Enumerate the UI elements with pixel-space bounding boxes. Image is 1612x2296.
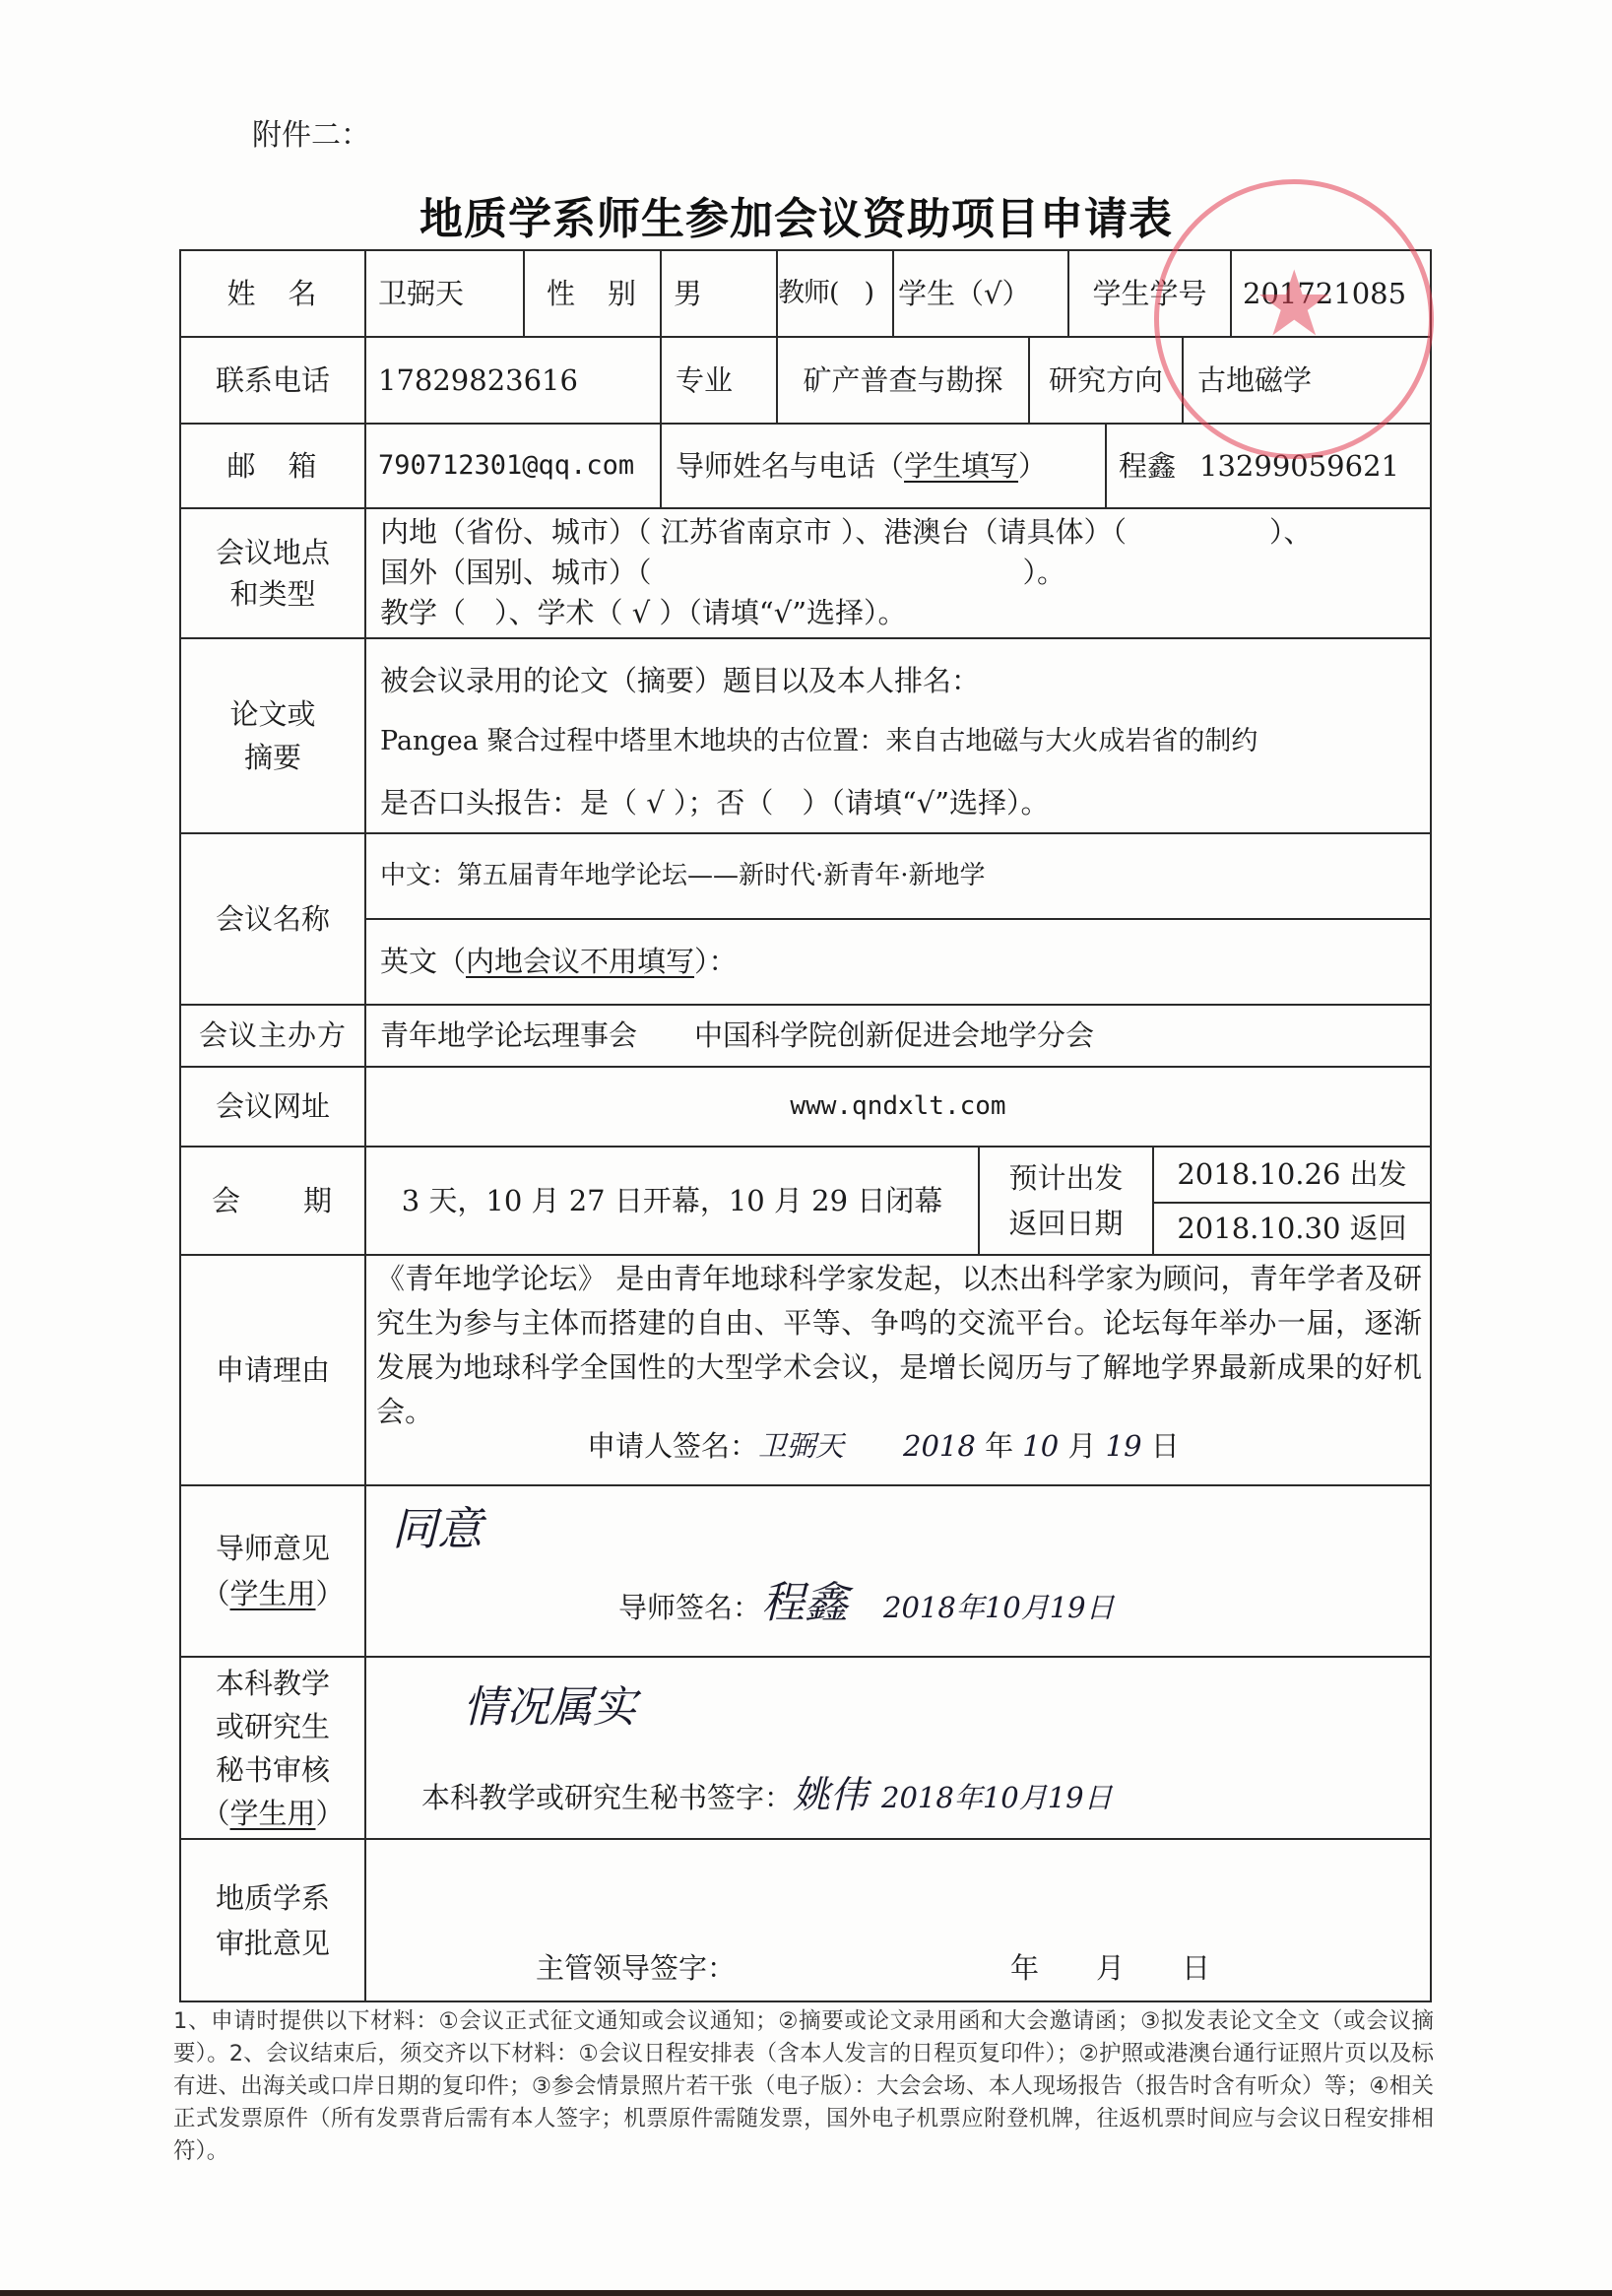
research-value[interactable]: 古地磁学 — [1197, 338, 1430, 423]
scan-edge — [0, 2290, 1612, 2296]
website-value[interactable]: www.qndxlt.com — [366, 1068, 1430, 1146]
divider — [660, 249, 662, 509]
leader-sign-date[interactable]: 年 月 日 — [1010, 1946, 1210, 1990]
divider — [179, 2001, 1432, 2002]
location-content: 内地（省份、城市）（ 江苏省南京市 ）、港澳台（请具体）（ ）、 国外（国别、城… — [380, 512, 1424, 633]
secretary-label-line1: 本科教学 — [216, 1662, 330, 1705]
conference-type[interactable]: 教学（ ）、学术（ √ ）（请填“√”选择）。 — [380, 593, 1424, 633]
location-label-line1: 会议地点 — [216, 532, 330, 573]
year-unit: 年 — [985, 1429, 1013, 1463]
paren-open: （ — [201, 1577, 229, 1610]
advisor-label-suffix: ） — [1018, 449, 1047, 484]
applicant-signature[interactable]: 卫弼天 — [758, 1429, 844, 1463]
student-id-label: 学生学号 — [1069, 251, 1230, 336]
paper-title[interactable]: Pangea 聚合过程中塔里木地块的古位置：来自古地磁与大火成岩省的制约 — [380, 711, 1424, 772]
travel-label-line1: 预计出发 — [1008, 1155, 1123, 1201]
advisor-signature[interactable]: 程鑫 — [761, 1578, 848, 1628]
teacher-checkbox[interactable]: 教师( ) — [778, 251, 892, 336]
dates-label: 会 期 — [181, 1148, 364, 1254]
advisor-label: 导师姓名与电话（学生填写） — [676, 425, 1105, 507]
conference-name-chinese[interactable]: 中文：第五届青年地学论坛——新时代·新青年·新地学 — [380, 834, 1424, 918]
divider — [1230, 249, 1232, 336]
student-use-note: 学生用 — [229, 1577, 315, 1610]
travel-label-line2: 返回日期 — [1008, 1201, 1123, 1246]
paper-prompt: 被会议录用的论文（摘要）题目以及本人排名： — [380, 650, 1424, 711]
paper-content: 被会议录用的论文（摘要）题目以及本人排名： Pangea 聚合过程中塔里木地块的… — [380, 650, 1424, 833]
research-label: 研究方向 — [1030, 338, 1182, 423]
paren-close: ） — [316, 1577, 345, 1610]
advisor-opinion-label: 导师意见 （学生用） — [181, 1486, 364, 1656]
email-value[interactable]: 790712301@qq.com — [378, 425, 660, 507]
attachment-label: 附件二： — [252, 110, 370, 154]
paper-label-line2: 摘要 — [244, 736, 301, 779]
advisor-label-prefix: 导师姓名与电话（ — [676, 449, 904, 484]
major-value[interactable]: 矿产普查与勘探 — [778, 338, 1028, 423]
department-label-line2: 审批意见 — [216, 1921, 330, 1966]
applicant-date-day[interactable]: 19 — [1106, 1429, 1142, 1463]
paper-label: 论文或 摘要 — [181, 639, 364, 832]
secretary-label-line3: 秘书审核 — [216, 1748, 330, 1792]
advisor-opinion-label-line1: 导师意见 — [216, 1526, 330, 1571]
applicant-signature-label: 申请人签名： — [587, 1429, 758, 1463]
english-suffix: ）： — [694, 945, 738, 979]
english-prefix: 英文（ — [380, 945, 466, 979]
oral-report-choice[interactable]: 是否口头报告：是（ √ ）；否（ ）（请填“√”选择）。 — [380, 772, 1424, 833]
paper-label-line1: 论文或 — [229, 692, 315, 736]
return-date[interactable]: 2018.10.30 返回 — [1154, 1204, 1430, 1254]
divider — [179, 1656, 1432, 1658]
reason-text[interactable]: 《青年地学论坛》 是由青年地球科学家发起，以杰出科学家为顾问，青年学者及研究生为… — [376, 1257, 1422, 1434]
advisor-opinion-text[interactable]: 同意 — [392, 1507, 483, 1550]
day-unit: 日 — [1151, 1429, 1180, 1463]
location-label: 会议地点 和类型 — [181, 509, 364, 637]
travel-dates-label: 预计出发 返回日期 — [980, 1148, 1152, 1254]
advisor-label-underlined: 学生填写 — [904, 449, 1018, 484]
location-label-line2: 和类型 — [229, 573, 315, 615]
student-id-value[interactable]: 201721085 — [1243, 251, 1430, 336]
department-label-line1: 地质学系 — [216, 1875, 330, 1921]
applicant-date-year[interactable]: 2018 — [903, 1429, 976, 1463]
divider — [179, 1484, 1432, 1486]
divider — [1430, 249, 1432, 2002]
gender-label: 性 别 — [525, 251, 660, 336]
name-value[interactable]: 卫弼天 — [378, 251, 523, 336]
student-use-note: 学生用 — [229, 1797, 315, 1830]
secretary-opinion-text[interactable]: 情况属实 — [463, 1686, 636, 1730]
major-label: 专业 — [676, 338, 776, 423]
email-label: 邮 箱 — [181, 425, 364, 507]
divider — [1182, 336, 1184, 423]
divider — [892, 249, 894, 336]
advisor-contact: 程鑫 13299059621 — [1119, 425, 1430, 507]
organizer-label: 会议主办方 — [181, 1006, 364, 1066]
department-approval-label: 地质学系 审批意见 — [181, 1840, 364, 2001]
page-title: 地质学系师生参加会议资助项目申请表 — [0, 183, 1612, 246]
gender-value[interactable]: 男 — [674, 251, 776, 336]
paren-open: （ — [201, 1797, 229, 1830]
advisor-signature-line: 导师签名：程鑫2018年10月19日 — [618, 1582, 1115, 1629]
depart-date[interactable]: 2018.10.26 出发 — [1154, 1148, 1430, 1202]
applicant-date-month[interactable]: 10 — [1022, 1429, 1059, 1463]
paren-close: ） — [316, 1797, 345, 1830]
conference-name-english[interactable]: 英文（内地会议不用填写）： — [380, 920, 1424, 1004]
english-underlined-note: 内地会议不用填写 — [466, 945, 694, 979]
secretary-signature-label: 本科教学或研究生秘书签字： — [421, 1781, 793, 1814]
location-domestic[interactable]: 内地（省份、城市）（ 江苏省南京市 ）、港澳台（请具体）（ ）、 — [380, 512, 1424, 553]
student-checkbox[interactable]: 学生（√） — [898, 251, 1067, 336]
applicant-signature-line: 申请人签名：卫弼天2018 年 10 月 19 日 — [587, 1424, 1375, 1468]
advisor-phone[interactable]: 13299059621 — [1199, 449, 1399, 484]
secretary-sign-date[interactable]: 2018年10月19日 — [881, 1781, 1113, 1814]
divider — [179, 507, 1432, 509]
location-abroad[interactable]: 国外（国别、城市）（ ）。 — [380, 553, 1424, 593]
organizer-value[interactable]: 青年地学论坛理事会 中国科学院创新促进会地学分会 — [380, 1006, 1424, 1066]
advisor-signature-label: 导师签名： — [618, 1591, 761, 1624]
phone-label: 联系电话 — [181, 338, 364, 423]
name-label: 姓 名 — [181, 251, 364, 336]
conference-duration[interactable]: 3 天，10 月 27 日开幕，10 月 29 日闭幕 — [366, 1148, 978, 1254]
secretary-review-label: 本科教学 或研究生 秘书审核 （学生用） — [181, 1658, 364, 1838]
divider — [179, 1838, 1432, 1840]
phone-value[interactable]: 17829823616 — [378, 338, 660, 423]
divider — [179, 637, 1432, 639]
advisor-name[interactable]: 程鑫 — [1119, 449, 1176, 484]
conference-name-label: 会议名称 — [181, 834, 364, 1004]
divider — [1105, 423, 1107, 507]
advisor-sign-date[interactable]: 2018年10月19日 — [883, 1591, 1115, 1624]
secretary-label-line4: （学生用） — [201, 1792, 344, 1835]
divider — [179, 1254, 1432, 1256]
secretary-signature[interactable]: 姚伟 — [793, 1773, 868, 1816]
advisor-opinion-label-line2: （学生用） — [201, 1571, 344, 1616]
reason-label: 申请理由 — [181, 1256, 364, 1484]
secretary-signature-line: 本科教学或研究生秘书签字：姚伟2018年10月19日 — [421, 1773, 1113, 1819]
leader-signature-label: 主管领导签字： — [536, 1946, 736, 1990]
month-unit: 月 — [1067, 1429, 1096, 1463]
website-label: 会议网址 — [181, 1068, 364, 1146]
title-text: 地质学系师生参加会议资助项目申请表 — [419, 194, 1173, 244]
secretary-label-line2: 或研究生 — [216, 1705, 330, 1748]
footnote: 1、申请时提供以下材料：①会议正式征文通知或会议通知；②摘要或论文录用函和大会邀… — [173, 2005, 1434, 2168]
